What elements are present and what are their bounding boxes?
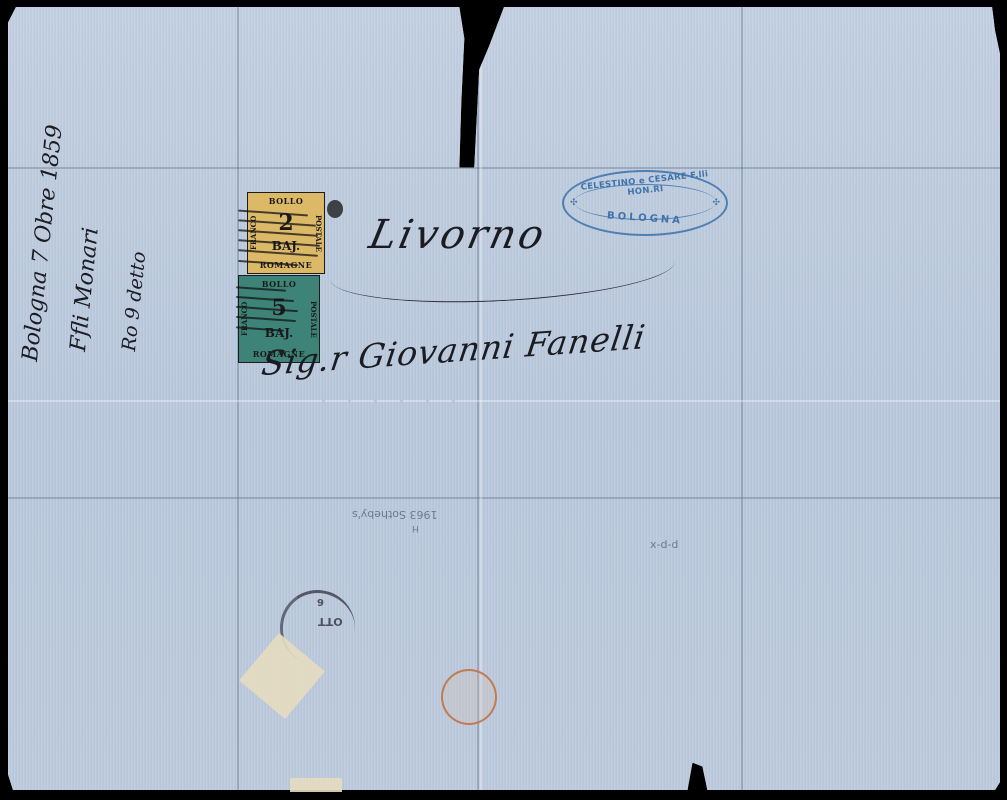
postmark-month: OTT [318, 615, 343, 628]
fold-line [8, 497, 1000, 499]
show-through-print: · · · · · · [320, 390, 463, 415]
fold-line [741, 7, 743, 790]
stamp-side-label: POSTALE [314, 207, 323, 259]
ornament-icon: ✣ [570, 198, 578, 208]
fold-line [8, 167, 1000, 169]
pencil-note-reference: x-d-d [650, 538, 678, 551]
sender-cachet: CELESTINO e CESARE F.lli HON.RI ✣ ✣ BOLO… [562, 170, 728, 236]
postmark-day: 9 [317, 598, 324, 609]
fold-crease [8, 400, 1000, 402]
destination-city: Livorno [365, 212, 551, 258]
wax-seal-trace [441, 669, 497, 725]
fold-line [237, 7, 239, 790]
letter-sheet [8, 7, 1000, 790]
stamp-top-label: BOLLO [269, 196, 304, 206]
pencil-note-mark: H [412, 523, 419, 533]
ornament-icon: ✣ [712, 198, 720, 208]
ink-blot [327, 200, 343, 218]
pencil-note-auction: 1963 Sotheby's [352, 508, 438, 521]
hinge-remnant [290, 778, 342, 792]
